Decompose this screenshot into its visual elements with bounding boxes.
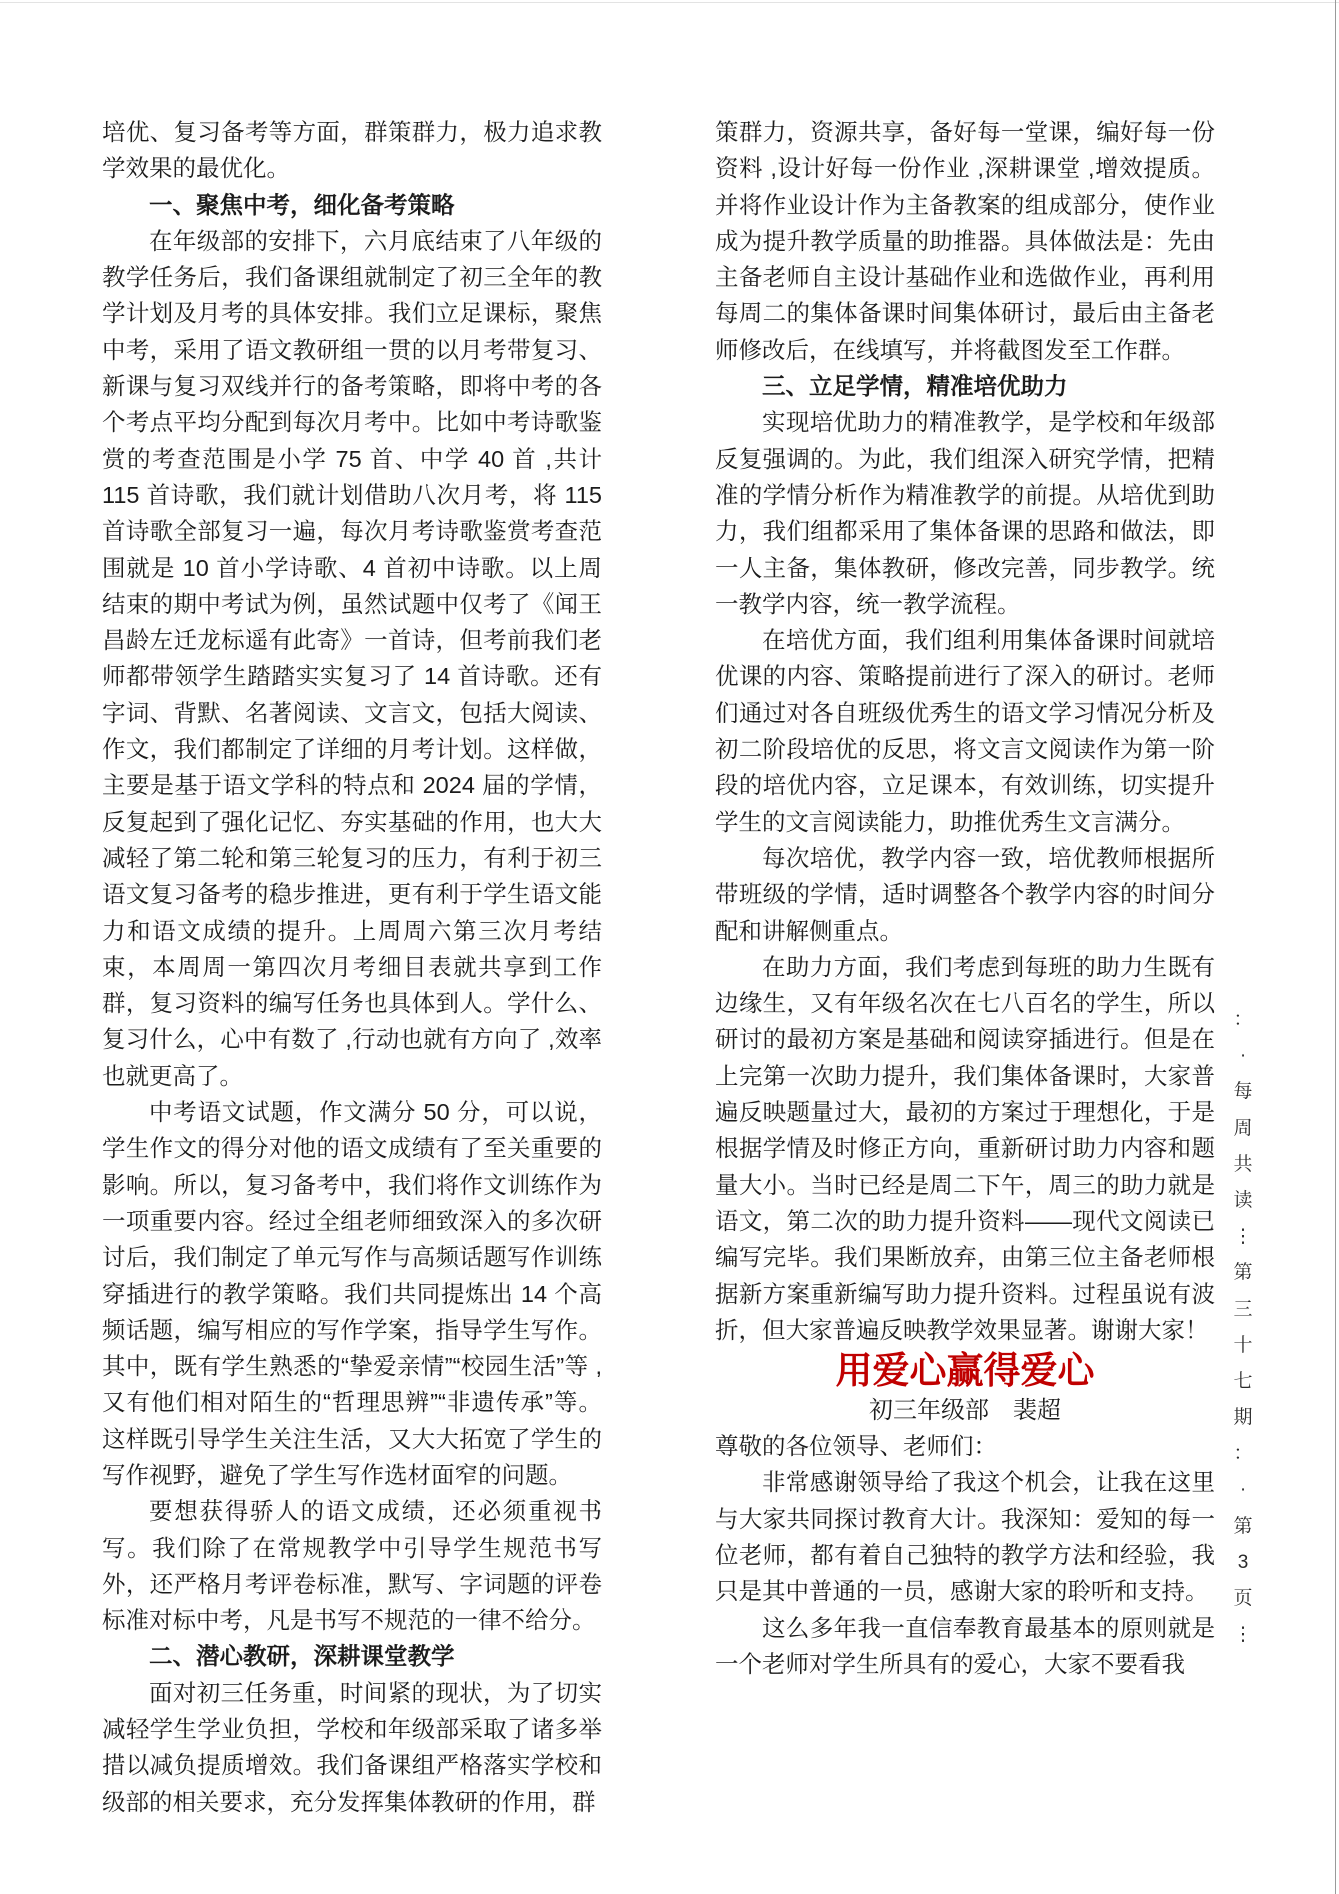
article2-paragraphs: 非常感谢领导给了我这个机会，让我在这里与大家共同探讨教育大计。我深知：爱知的每一… bbox=[715, 1464, 1215, 1682]
paragraph: 在助力方面，我们考虑到每班的助力生既有边缘生，又有年级名次在七八百名的学生，所以… bbox=[715, 949, 1215, 1348]
sidebar-char: 七 bbox=[1228, 1364, 1258, 1400]
paragraph: 在年级部的安排下，六月底结束了八年级的教学任务后，我们备课组就制定了初三全年的教… bbox=[102, 223, 602, 1094]
paragraph: 要想获得骄人的语文成绩，还必须重视书写。我们除了在常规教学中引导学生规范书写外，… bbox=[102, 1493, 602, 1638]
paragraph: 非常感谢领导给了我这个机会，让我在这里与大家共同探讨教育大计。我深知：爱知的每一… bbox=[715, 1464, 1215, 1609]
sidebar-char: 第 bbox=[1228, 1255, 1258, 1291]
page-right-border bbox=[1335, 0, 1336, 1894]
paragraph: 面对初三任务重，时间紧的现状，为了切实减轻学生学业负担，学校和年级部采取了诸多举… bbox=[102, 1675, 602, 1820]
sidebar-vertical-text: ：·每周共读⋮第三十七期：·第3页⋮ bbox=[1228, 1002, 1258, 1653]
paragraph: 三、立足学情，精准培优助力 bbox=[715, 368, 1215, 404]
sidebar-char: ： bbox=[1228, 1436, 1258, 1472]
right-column: 策群力，资源共享，备好每一堂课，编好每一份资料 ,设计好每一份作业 ,深耕课堂 … bbox=[715, 114, 1215, 1682]
document-page: 培优、复习备考等方面，群策群力，极力追求教学效果的最优化。一、聚焦中考，细化备考… bbox=[0, 0, 1339, 1894]
paragraph: 在培优方面，我们组利用集体备课时间就培优课的内容、策略提前进行了深入的研讨。老师… bbox=[715, 622, 1215, 840]
sidebar-char: 三 bbox=[1228, 1292, 1258, 1328]
sidebar-char: 读 bbox=[1228, 1183, 1258, 1219]
sidebar-char: ⋮ bbox=[1228, 1219, 1258, 1255]
sidebar-char: ⋮ bbox=[1228, 1617, 1258, 1653]
paragraph: 培优、复习备考等方面，群策群力，极力追求教学效果的最优化。 bbox=[102, 114, 602, 187]
sidebar-char: · bbox=[1228, 1038, 1258, 1074]
paragraph: 中考语文试题，作文满分 50 分，可以说，学生作文的得分对他的语文成绩有了至关重… bbox=[102, 1094, 602, 1493]
left-column: 培优、复习备考等方面，群策群力，极力追求教学效果的最优化。一、聚焦中考，细化备考… bbox=[102, 114, 602, 1820]
sidebar-char: 共 bbox=[1228, 1147, 1258, 1183]
page-top-border bbox=[0, 2, 1339, 3]
paragraph: 实现培优助力的精准教学，是学校和年级部反复强调的。为此，我们组深入研究学情，把精… bbox=[715, 404, 1215, 622]
sidebar-char: 周 bbox=[1228, 1111, 1258, 1147]
sidebar-char: 第 bbox=[1228, 1509, 1258, 1545]
article2-byline: 初三年级部 裴超 bbox=[715, 1394, 1215, 1428]
paragraph: 每次培优，教学内容一致，培优教师根据所带班级的学情，适时调整各个教学内容的时间分… bbox=[715, 840, 1215, 949]
sidebar-char: 十 bbox=[1228, 1328, 1258, 1364]
article1-paragraphs: 策群力，资源共享，备好每一堂课，编好每一份资料 ,设计好每一份作业 ,深耕课堂 … bbox=[715, 114, 1215, 1348]
sidebar-char: 每 bbox=[1228, 1074, 1258, 1110]
sidebar-char: 期 bbox=[1228, 1400, 1258, 1436]
article2-title: 用爱心赢得爱心 bbox=[715, 1348, 1215, 1394]
sidebar-char: ： bbox=[1228, 1002, 1258, 1038]
paragraph: 这么多年我一直信奉教育最基本的原则就是一个老师对学生所具有的爱心，大家不要看我 bbox=[715, 1610, 1215, 1683]
sidebar-char: 3 bbox=[1228, 1545, 1258, 1581]
paragraph: 二、潜心教研，深耕课堂教学 bbox=[102, 1638, 602, 1674]
article2-salutation: 尊敬的各位领导、老师们： bbox=[715, 1428, 1215, 1464]
sidebar-char: · bbox=[1228, 1472, 1258, 1508]
paragraph: 一、聚焦中考，细化备考策略 bbox=[102, 187, 602, 223]
paragraph: 策群力，资源共享，备好每一堂课，编好每一份资料 ,设计好每一份作业 ,深耕课堂 … bbox=[715, 114, 1215, 368]
sidebar-char: 页 bbox=[1228, 1581, 1258, 1617]
